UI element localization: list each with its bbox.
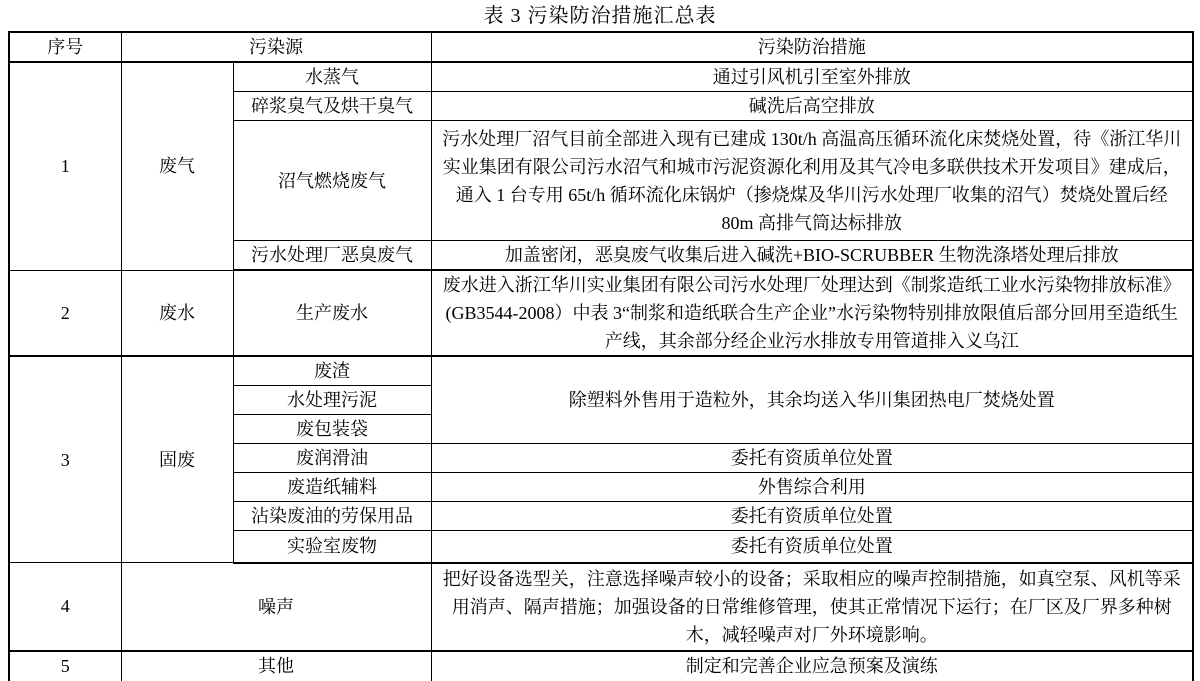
category-other: 其他 xyxy=(121,651,431,681)
measure-cell: 碱洗后高空排放 xyxy=(431,92,1193,121)
source-cell: 废包装袋 xyxy=(233,415,431,444)
source-cell: 水蒸气 xyxy=(233,62,431,92)
measure-cell: 制定和完善企业应急预案及演练 xyxy=(431,651,1193,681)
measure-cell: 加盖密闭，恶臭废气收集后进入碱洗+BIO-SCRUBBER 生物洗涤塔处理后排放 xyxy=(431,241,1193,271)
source-cell: 沼气燃烧废气 xyxy=(233,121,431,241)
source-cell: 沾染废油的劳保用品 xyxy=(233,502,431,531)
row-no-1: 1 xyxy=(9,62,121,270)
source-cell: 碎浆臭气及烘干臭气 xyxy=(233,92,431,121)
table-row: 5 其他 制定和完善企业应急预案及演练 xyxy=(9,651,1193,681)
document-page: 表 3 污染防治措施汇总表 序号 污染源 污染防治措施 1 废气 水蒸气 通过引… xyxy=(0,0,1200,681)
measure-cell: 委托有资质单位处置 xyxy=(431,444,1193,473)
row-no-4: 4 xyxy=(9,563,121,651)
source-cell: 实验室废物 xyxy=(233,531,431,563)
table-title: 表 3 污染防治措施汇总表 xyxy=(0,3,1200,29)
row-no-3: 3 xyxy=(9,356,121,563)
header-row: 序号 污染源 污染防治措施 xyxy=(9,32,1193,62)
row-no-5: 5 xyxy=(9,651,121,681)
table-row: 3 固废 废渣 除塑料外售用于造粒外，其余均送入华川集团热电厂焚烧处置 xyxy=(9,356,1193,386)
source-cell: 废润滑油 xyxy=(233,444,431,473)
pollution-measures-table: 序号 污染源 污染防治措施 1 废气 水蒸气 通过引风机引至室外排放 碎浆臭气及… xyxy=(8,31,1194,681)
measure-cell: 废水进入浙江华川实业集团有限公司污水处理厂处理达到《制浆造纸工业水污染物排放标准… xyxy=(431,270,1193,356)
table-row: 4 噪声 把好设备选型关，注意选择噪声较小的设备；采取相应的噪声控制措施，如真空… xyxy=(9,563,1193,651)
measure-cell: 委托有资质单位处置 xyxy=(431,531,1193,563)
measure-cell: 委托有资质单位处置 xyxy=(431,502,1193,531)
table-row: 2 废水 生产废水 废水进入浙江华川实业集团有限公司污水处理厂处理达到《制浆造纸… xyxy=(9,270,1193,356)
category-waste-gas: 废气 xyxy=(121,62,233,270)
source-cell: 生产废水 xyxy=(233,270,431,356)
table-row: 1 废气 水蒸气 通过引风机引至室外排放 xyxy=(9,62,1193,92)
measure-cell: 通过引风机引至室外排放 xyxy=(431,62,1193,92)
header-source: 污染源 xyxy=(121,32,431,62)
source-cell: 废造纸辅料 xyxy=(233,473,431,502)
row-no-2: 2 xyxy=(9,270,121,356)
measure-cell: 把好设备选型关，注意选择噪声较小的设备；采取相应的噪声控制措施，如真空泵、风机等… xyxy=(431,563,1193,651)
category-wastewater: 废水 xyxy=(121,270,233,356)
measure-cell: 污水处理厂沼气目前全部进入现有已建成 130t/h 高温高压循环流化床焚烧处置，… xyxy=(431,121,1193,241)
source-cell: 废渣 xyxy=(233,356,431,386)
measure-cell: 外售综合利用 xyxy=(431,473,1193,502)
header-no: 序号 xyxy=(9,32,121,62)
source-cell: 水处理污泥 xyxy=(233,386,431,415)
header-measure: 污染防治措施 xyxy=(431,32,1193,62)
category-solid-waste: 固废 xyxy=(121,356,233,563)
source-cell: 污水处理厂恶臭废气 xyxy=(233,241,431,271)
measure-cell: 除塑料外售用于造粒外，其余均送入华川集团热电厂焚烧处置 xyxy=(431,356,1193,444)
category-noise: 噪声 xyxy=(121,563,431,651)
